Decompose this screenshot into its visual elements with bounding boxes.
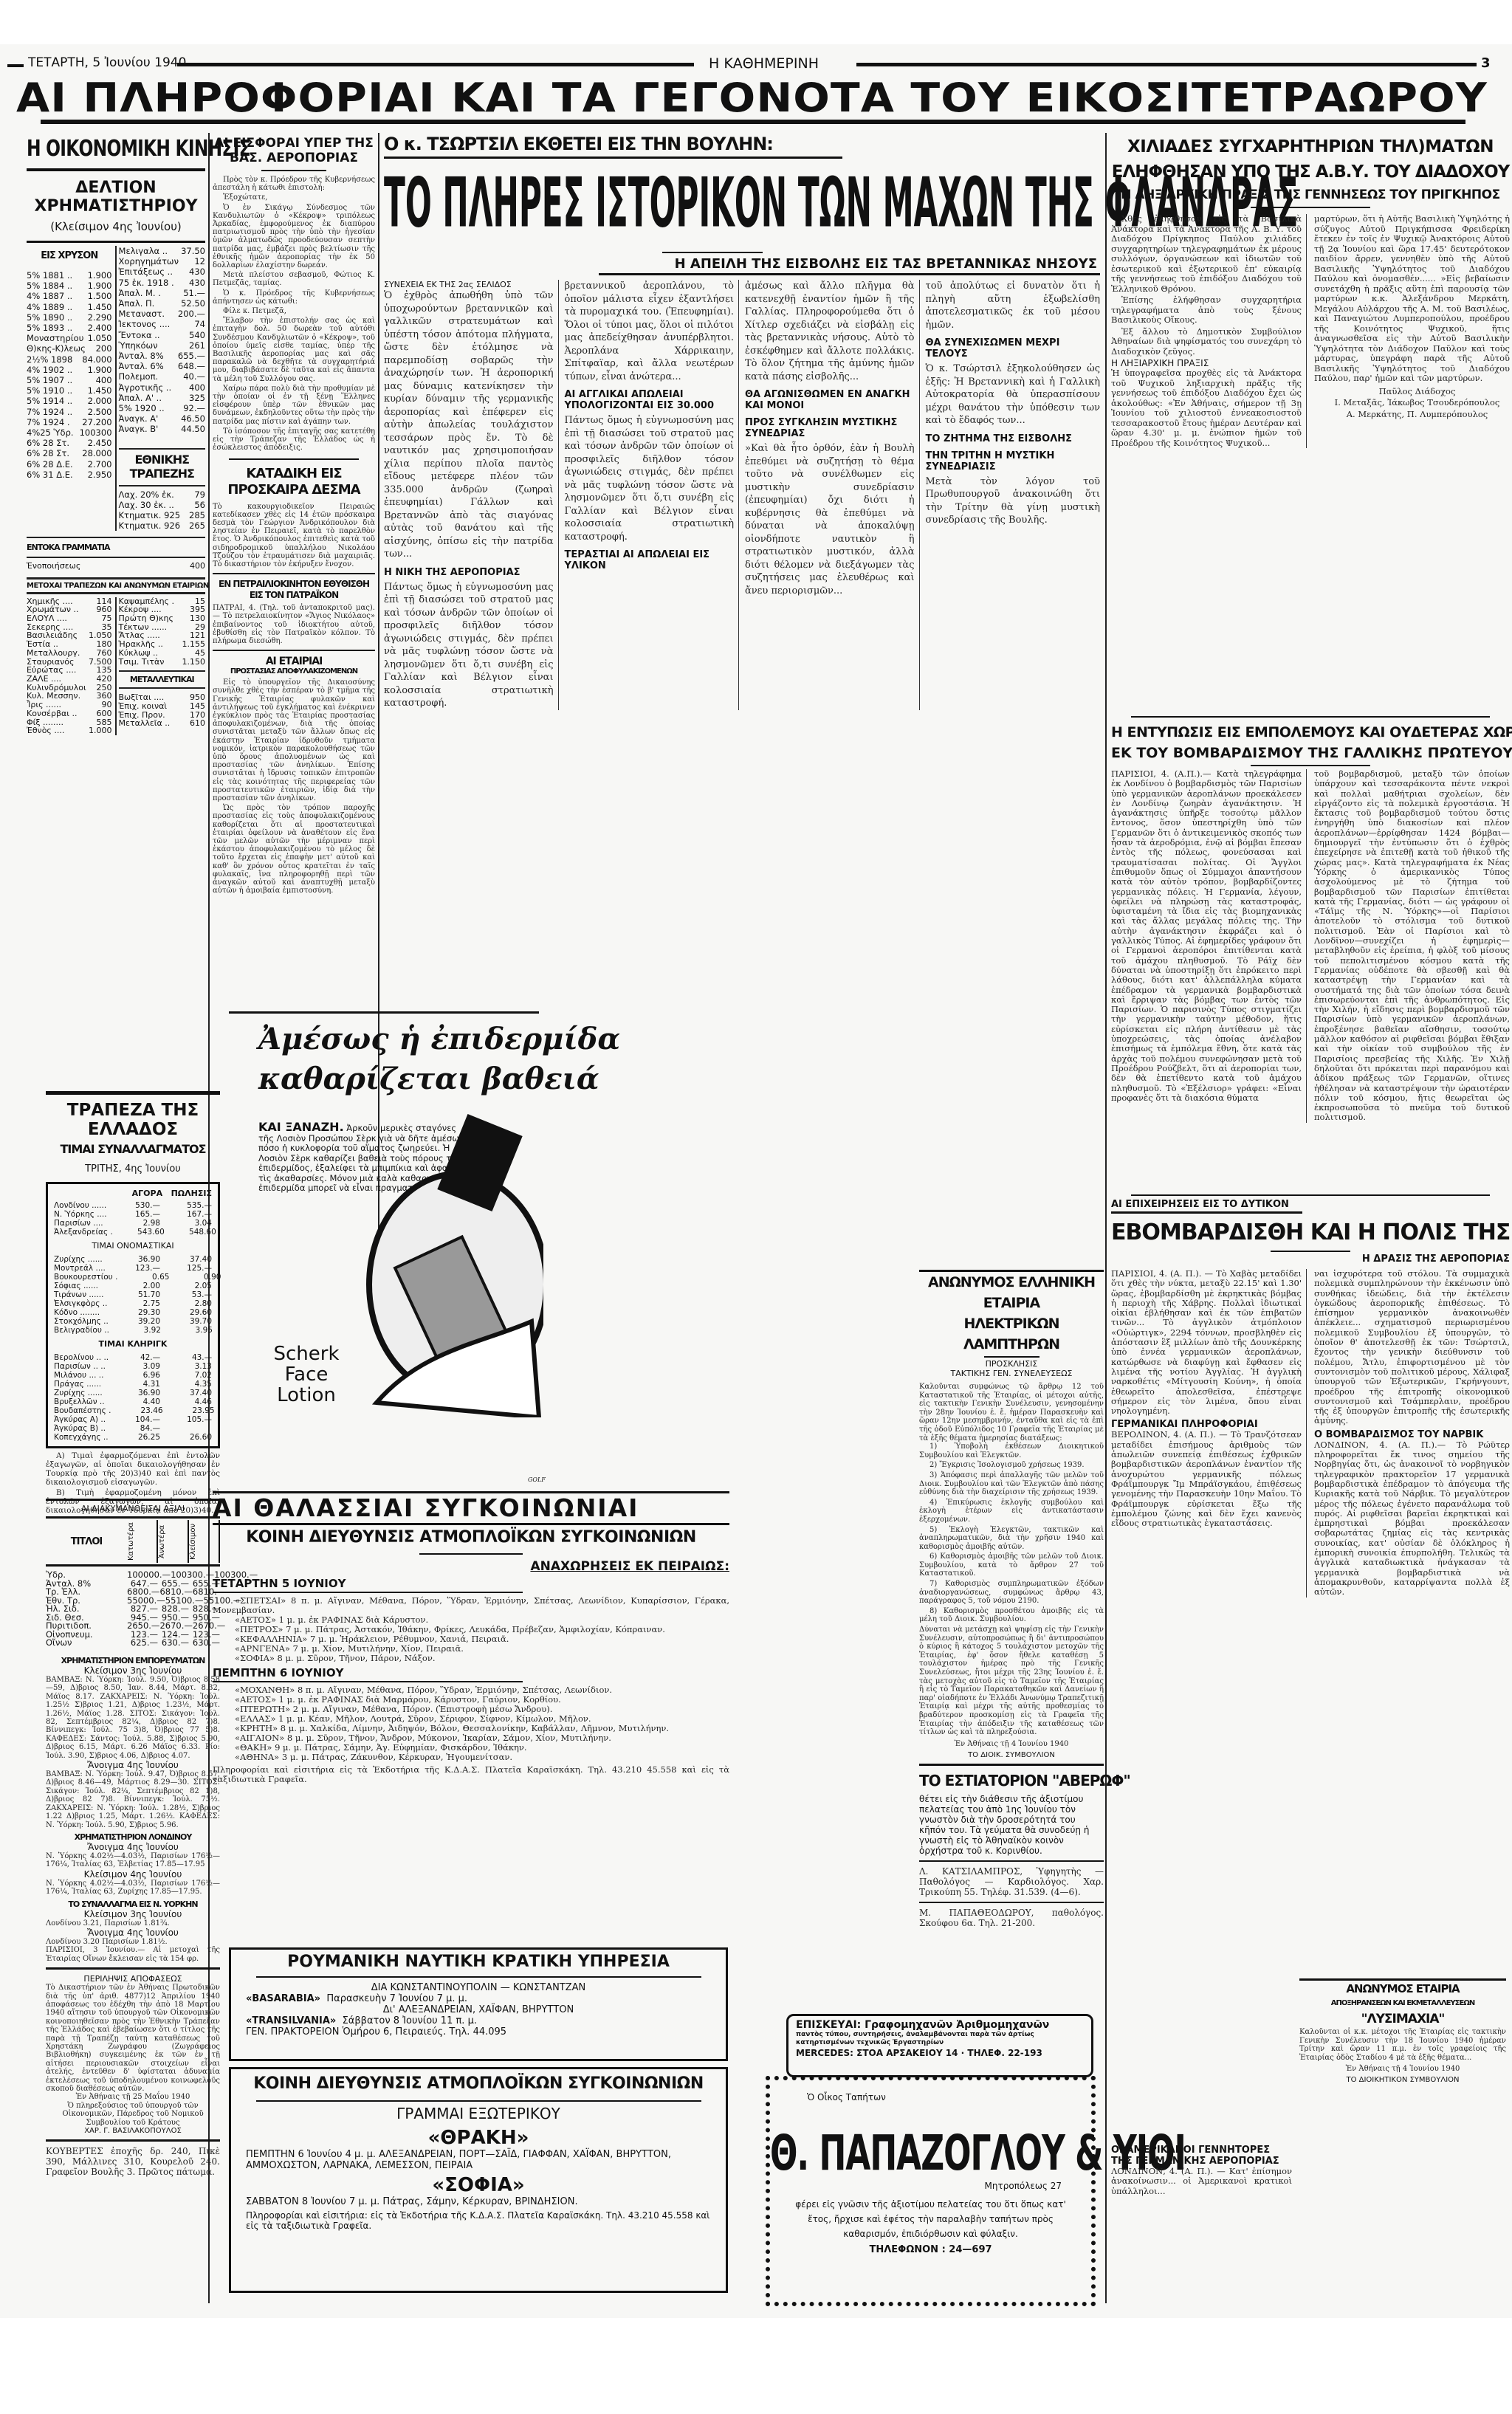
table-row: Θ)κης-Κ)λεως200: [27, 343, 112, 354]
societies-title: ΑΙ ΕΤΑΙΡΙΑΙ: [213, 656, 375, 667]
commodities-title: ΧΡΗΜΑΤΙΣΤΗΡΙΟΝ ΕΜΠΟΡΕΥΜΑΤΩΝ: [46, 1656, 220, 1665]
table-row: Ὑπηκόων261: [119, 340, 205, 351]
blankets-ad: ΚΟΥΒΕΡΤΕΣ ἐποχῆς δρ. 240, Πικὲ 390, Μάλλ…: [46, 2146, 220, 2177]
table-row: Ν. Ὑόρκης ....165.—167.—: [54, 1210, 212, 1219]
exchange-rates-box: ΑΓΟΡΑ ΠΩΛΗΣΙΣ Λονδίνου ......530.—535.—Ν…: [46, 1182, 220, 1448]
table-row: Μεταλλεῖα ..610: [119, 719, 205, 728]
sentence-body: Τὸ κακουργιοδικεῖον Πειραιῶς κατεδίκασεν…: [213, 503, 375, 569]
patras-body: ΠΑΤΡΑΙ, 4. (Τηλ. τοῦ ἀνταποκριτοῦ μας).—…: [213, 604, 375, 645]
london-title: ΧΡΗΜΑΤΙΣΤΗΡΙΟΝ ΛΟΝΔΙΝΟΥ: [46, 1832, 220, 1842]
averof-title: ΤΟ ΕΣΤΙΑΤΟΡΙΟΝ "ΑΒΕΡΩΦ": [919, 1770, 1104, 1791]
shares-header: ΜΕΤΟΧΑΙ ΤΡΑΠΕΖΩΝ ΚΑΙ ΑΝΩΝΥΜΩΝ ΕΤΑΙΡΙΩΝ: [27, 577, 205, 594]
paragraph: 1) Ὑποβολὴ ἐκθέσεων Διοικητικοῦ Συμβουλί…: [919, 1442, 1104, 1459]
table-row: Τσιμ. Τιτὰν1.150: [119, 658, 205, 667]
note-a: Α) Τιμαὶ ἐφαρμοζόμεναι ἐπὶ ἐντολῶν ἐξαγω…: [46, 1451, 220, 1487]
fluct-table: Ὑδρ.100000.—100300.—100300.—Ἀνταλ. 8%647…: [46, 1571, 220, 1648]
lamps-company-notice: ΑΝΩΝΥΜΟΣ ΕΛΛΗΝΙΚΗ ΕΤΑΙΡΙΑ ΗΛΕΚΤΡΙΚΩΝ ΛΑΜ…: [919, 1270, 1104, 1928]
paragraph: Χθὲς ἐλήφθησαν εἰς τὰ Βασιλικὰ Ἀνάκτορα …: [1111, 214, 1302, 294]
paragraph: Εἰς τὸ ὑπουργεῖον τῆς Δικαιοσύνης συνῆλθ…: [213, 678, 375, 802]
table-row: Ἰεκτονος ....74: [119, 319, 205, 329]
paragraph: Ὁ κ. Πρόεδρος τῆς Κυβερνήσεως ἀπήντησεν …: [213, 289, 375, 306]
table-row: Ἀπαλ. Μ. .51.—: [119, 288, 205, 298]
table-row: Ἀπαλ. Π.52.50: [119, 298, 205, 309]
churchill-article: Ο κ. ΤΣΩΡΤΣΙΛ ΕΚΘΕΤΕΙ ΕΙΣ ΤΗΝ ΒΟΥΛΗΝ: ΤΟ…: [384, 133, 1100, 710]
shipping-info: Πληροφορίαι καὶ εἰσιτήρια εἰς τὰ Ἐκδοτήρ…: [213, 1765, 729, 1784]
mining-table: Βωξῖται ....950Ἐπιχ. κοιναὶ145Ἐπιχ. Προν…: [119, 693, 205, 728]
table-row: ΕΛΟΥΛ ....75: [27, 614, 112, 623]
table-row: Βελιγραδίου ..3.923.95: [54, 1326, 212, 1335]
issue-date: ΤΕΤΑΡΤΗ, 5 Ἰουνίου 1940: [28, 55, 186, 70]
ship-transilvania: «TRANSILVANIA»: [246, 2015, 336, 2026]
table-row: 5% 1884 ..1.900: [27, 281, 112, 291]
finance-column: Η ΟΙΚΟΝΟΜΙΚΗ ΚΙΝΗΣΙΣ ΔΕΛΤΙΟΝ ΧΡΗΜΑΤΙΣΤΗΡ…: [27, 133, 205, 735]
americans-article: ΟΙ ΑΜΕΡΙΚΑΝΟΙ ΓΕΝΝΗΤΟΡΕΣ ΤΗΣ ΓΕΡΜΑΝΙΚΗΣ …: [1111, 2145, 1292, 2196]
ny-title: ΤΟ ΣΥΝΑΛΛΑΓΜΑ ΕΙΣ Ν. ΥΟΡΚΗΝ: [46, 1899, 220, 1909]
fluct-header-row: ΤΙΤΛΟΙ Κατωτέρα Ἀνωτέρα Κλείσιμον: [46, 1516, 220, 1567]
table-row: 5% 1893 ..2.400: [27, 323, 112, 333]
crown-prince-article: ΧΙΛΙΑΔΕΣ ΣΥΓΧΑΡΗΤΗΡΙΩΝ ΤΗΛ)ΜΑΤΩΝ ΕΛΗΦΘΗΣ…: [1111, 134, 1510, 448]
bog-date: ΤΡΙΤΗΣ, 4ης Ἰουνίου: [46, 1163, 220, 1175]
shipping-section: ΑΙ ΘΑΛΑΣΣΙΑΙ ΣΥΓΚΟΙΝΩΝΙΑΙ ΚΟΙΝΗ ΔΙΕΥΘΥΝΣ…: [213, 1491, 729, 1784]
table-row: Ἐπιτάξεως ..430: [119, 266, 205, 277]
table-row: Μοναστηρίου1.050: [27, 333, 112, 343]
table-row: Κύκλωψ ..45: [119, 649, 205, 658]
table-row: Κοπεγχάγης ..26.2526.60: [54, 1433, 212, 1442]
decision-body: Τὸ Δικαστήριον τῶν ἐν Ἀθήναις Πρωτοδικῶν…: [46, 1984, 220, 2093]
donations-body: Πρὸς τὸν κ. Πρόεδρον τῆς Κυβερνήσεως ἀπε…: [213, 176, 375, 453]
table-row: 6% 28 Στ.28.000: [27, 448, 112, 458]
shipping-schedule: ΤΕΤΑΡΤΗΝ 5 ΙΟΥΝΙΟΥ«ΣΠΕΤΣΑΙ» 8 π. μ. Αἴγι…: [213, 1577, 729, 1762]
table-row: Ἔντοκα ..540: [119, 330, 205, 340]
schedule-day: ΤΕΤΑΡΤΗΝ 5 ΙΟΥΝΙΟΥ: [213, 1577, 729, 1590]
scherk-headline-2: καθαρίζεται βαθειά: [258, 1062, 599, 1096]
paragraph: Ἔλαβον τὴν ἐπιστολήν σας ὡς καὶ ἐπιταγὴν…: [213, 317, 375, 383]
table-row: Ἀνταλ. 6%648.—: [119, 361, 205, 371]
table-row: 5% 1907 ..400: [27, 375, 112, 385]
paragraph: 4) Ἐπικύρωσις ἐκλογῆς συμβούλου καὶ ἐκλο…: [919, 1499, 1104, 1524]
paragraph: Α. Μερκάτης, Π. Λυμπερόπουλος: [1314, 410, 1510, 420]
paragraph: Ι. Μεταξᾶς, Ἰάκωβος Τσουδερόπουλος: [1314, 398, 1510, 408]
shipping-title: ΑΙ ΘΑΛΑΣΣΙΑΙ ΣΥΓΚΟΙΝΩΝΙΑΙ: [213, 1493, 729, 1523]
table-row: Χορηγημάτων12: [119, 256, 205, 266]
paragraph: 2) Ἔγκρισις Ἰσολογισμοῦ χρήσεως 1939.: [919, 1461, 1104, 1470]
table-row: Πρώτη Θ)κης130: [119, 614, 205, 623]
table-row: Μοντρεάλ ....123.—125.—: [54, 1264, 212, 1273]
scherk-lotion-ad: Ἀμέσως ἡ ἐπιδερμίδα καθαρίζεται βαθειά Κ…: [214, 1011, 543, 1491]
bog-subtitle: ΤΙΜΑΙ ΣΥΝΑΛΛΑΓΜΑΤΟΣ: [46, 1142, 220, 1156]
table-row: Ἐπιχ. κοιναὶ145: [119, 702, 205, 711]
sailing-entry: «ΣΠΕΤΣΑΙ» 8 π. μ. Αἴγιναν, Μέθανα, Πόρον…: [213, 1596, 729, 1615]
table-row: Ἐλσιγκφὸρς ..2.752.80: [54, 1299, 212, 1308]
paragraph: 8) Καθορισμὸς προσθέτου ἀμοιβῆς εἰς τὰ μ…: [919, 1607, 1104, 1624]
paragraph: Ὁ ἐν Σικάγῳ Σύνδεσμος τῶν Κανδυλιωτῶν ὁ …: [213, 204, 375, 270]
romanian-title: ΡΟΥΜΑΝΙΚΗ ΝΑΥΤΙΚΗ ΚΡΑΤΙΚΗ ΥΠΗΡΕΣΙΑ: [231, 1950, 726, 1975]
gold-bonds-rows: 5% 1881 ..1.9005% 1884 ..1.9004% 1887 ..…: [27, 270, 112, 480]
paragraph: Ἐξοχώτατε,: [213, 193, 375, 202]
mercedes-repairs-ad: ΕΠΙΣΚΕΥΑΙ: Γραφομηχανῶν Ἀριθμομηχανῶν πα…: [786, 2014, 1093, 2077]
air-force-donations: ΑΙ ΕΙΣΦΟΡΑΙ ΥΠΕΡ ΤΗΣ ΒΑΣ. ΑΕΡΟΠΟΡΙΑΣ Πρὸ…: [213, 136, 375, 896]
table-row: Ἀγκύρας Β) ..84.—: [54, 1424, 212, 1433]
scherk-lead: ΚΑΙ ΞΑΝΑΖΗ.: [258, 1120, 344, 1134]
table-row: Μιλάνου ... ..6.967.02: [54, 1371, 212, 1380]
shares-left-table: Χημικῆς ....114Χρωμάτων ..960ΕΛΟΥΛ ....7…: [27, 597, 112, 735]
doctor-katsilampros: Λ. ΚΑΤΣΙΛΑΜΠΡΟΣ, Ὑφηγητὴς — Παθολόγος — …: [919, 1866, 1104, 1897]
table-row: Λαχ. 30 ἑκ. ..56: [119, 500, 205, 510]
bank-of-greece: ΤΡΑΠΕΖΑ ΤΗΣ ΕΛΛΑΔΟΣ ΤΙΜΑΙ ΣΥΝΑΛΛΑΓΜΑΤΟΣ …: [46, 1091, 220, 1516]
carpet-cleaning-ad: Ὁ Οἶκος Ταπήτων Θ. ΠΑΠΑΖΟΓΛΟΥ & ΥΙΟΙ Μητ…: [766, 2076, 1096, 2306]
artist-signature: GOLF: [528, 1476, 546, 1483]
table-row: 6% 28 Στ.2.450: [27, 438, 112, 448]
schedule-day: ΠΕΜΠΤΗΝ 6 ΙΟΥΝΙΟΥ: [213, 1666, 729, 1679]
table-row: 7% 1924 ..2.500: [27, 407, 112, 417]
table-row: Ἀναγκ. Α'46.50: [119, 413, 205, 424]
romanian-shipping-ad: ΡΟΥΜΑΝΙΚΗ ΝΑΥΤΙΚΗ ΚΡΑΤΙΚΗ ΥΠΗΡΕΣΙΑ ΔΙΑ Κ…: [229, 1947, 728, 2061]
paragraph: 7) Καθορισμὸς συμπληρωματικῶν ἐξόδων ἀνα…: [919, 1580, 1104, 1606]
paragraph: Τὸ ἰσόποσον τῆς ἐπιταγῆς σας κατετέθη εἰ…: [213, 427, 375, 453]
table-row: Στοκχόλμης ..39.2039.70: [54, 1317, 212, 1326]
table-row: 4% 1902 ..1.900: [27, 365, 112, 375]
gold-bonds-table: ΕΙΣ ΧΡΥΣΟΝ 5% 1881 ..1.9005% 1884 ..1.90…: [27, 246, 112, 531]
table-row: Ἀλεξανδρείας .543.60548.60: [54, 1228, 212, 1237]
scherk-headline-1: Ἀμέσως ἡ ἐπιδερμίδα: [258, 1022, 620, 1056]
donations-title: ΑΙ ΕΙΣΦΟΡΑΙ ΥΠΕΡ ΤΗΣ ΒΑΣ. ΑΕΡΟΠΟΡΙΑΣ: [213, 136, 375, 165]
table-row: 7% 1924 .27.200: [27, 417, 112, 427]
table-row: Ζυρίχης ......36.9037.40: [54, 1389, 212, 1397]
paragraph: Ἐξ ἄλλου τὸ Δημοτικὸν Συμβούλιον Ἀθηναίω…: [1111, 327, 1302, 357]
table-row: 5% 1910 ..1.450: [27, 385, 112, 396]
finance-section-title: Η ΟΙΚΟΝΟΜΙΚΗ ΚΙΝΗΣΙΣ: [27, 133, 166, 165]
page-number: 3: [1481, 55, 1491, 71]
table-row: Βουδαπέστης .23.4623.95: [54, 1406, 212, 1415]
havre-headline: ΕΒΟΜΒΑΡΔΙΣΘΗ ΚΑΙ Η ΠΟΛΙΣ ΤΗΣ ΧΑΒΡΗΣ: [1111, 1217, 1510, 1249]
paragraph: Ὡς πρὸς τὸν τρόπον παροχῆς προστασίας εἰ…: [213, 804, 375, 895]
bog-title: ΤΡΑΠΕΖΑ ΤΗΣ ΕΛΛΑΔΟΣ: [46, 1101, 220, 1139]
ship-basarabia: «BASARABIA»: [246, 1993, 320, 2004]
mining-header: ΜΕΤΑΛΛΕΥΤΙΚΑΙ: [119, 670, 205, 689]
paragraph: Παῦλος Διάδοχος: [1314, 387, 1510, 397]
paper-name: Η ΚΑΘΗΜΕΡΙΝΗ: [709, 55, 819, 72]
churchill-headline: ΤΟ ΠΛΗΡΕΣ ΙΣΤΟΡΙΚΟΝ ΤΩΝ ΜΑΧΩΝ ΤΗΣ ΦΛΑΝΔΡ…: [384, 163, 856, 244]
commodities-close-text: ΒΑΜΒΑΞ: Ν. Ὑόρκη: Ἰούλ. 9.50, Ὀ)βριος 8.…: [46, 1676, 220, 1760]
departures-title: ΑΝΑΧΩΡΗΣΕΙΣ ΕΚ ΠΕΙΡΑΙΩΣ:: [213, 1559, 729, 1574]
table-row: ΖΑΛΕ ....420: [27, 675, 112, 684]
carpet-phone: ΤΗΛΕΦΩΝΟΝ : 24—697: [770, 2244, 1091, 2255]
averof-body: θέτει εἰς τὴν διάθεσιν τῆς ἀξιοτίμου πελ…: [919, 1794, 1104, 1856]
table-row: 5% 1920 ..92.—: [119, 403, 205, 413]
churchill-col-4: τοῦ ἀπολύτως εἰ δυνατὸν ὅτι ἡ πληγὴ αὕτη…: [926, 280, 1101, 710]
table-row: Ἀγροτικῆς ..400: [119, 382, 205, 393]
treasury-header: ΕΝΤΟΚΑ ΓΡΑΜΜΑΤΙΑ: [27, 541, 205, 554]
table-row: 4%25 Ὑδρ.100300: [27, 427, 112, 438]
clearing-table: Βερολίνου .. ..42.—43.—Παρισίων .. ..3.0…: [54, 1353, 212, 1442]
table-row: Σόφιας ......2.002.05: [54, 1282, 212, 1290]
lysimachia-notice: ΑΝΩΝΥΜΟΣ ΕΤΑΙΡΙΑ ΑΠΟΞΗΡΑΝΣΕΩΝ ΚΑΙ ΕΚΜΕΤΑ…: [1299, 1978, 1506, 2084]
table-row: 2½% 189884.000: [27, 354, 112, 365]
bulletin-title: ΔΕΛΤΙΟΝ ΧΡΗΜΑΤΙΣΤΗΡΙΟΥ: [27, 179, 205, 216]
fluct-title: ΑΙ ΔΙΑΚΥΜΑΝΘΕΙΣΑΙ ΑΞΙΑΙ: [46, 1504, 220, 1513]
table-row: Ἀναγκ. Β'44.50: [119, 424, 205, 434]
western-ops-article: ΑΙ ΕΠΙΧΕΙΡΗΣΕΙΣ ΕΙΣ ΤΟ ΔΥΤΙΚΟΝ ΕΒΟΜΒΑΡΔΙ…: [1111, 1194, 1510, 1598]
foreign-lines-title: ΚΟΙΝΗ ΔΙΕΥΘΥΝΣΙΣ ΑΤΜΟΠΛΟΪΚΩΝ ΣΥΓΚΟΙΝΩΝΙΩ…: [231, 2069, 726, 2099]
table-row: Κτηματικ. 926265: [119, 520, 205, 531]
lotion-bottle-illustration: [362, 1107, 543, 1417]
table-row: Βερολίνου .. ..42.—43.—: [54, 1353, 212, 1362]
paragraph: 3) Ἀπόφασις περὶ ἀπαλλαγῆς τῶν μελῶν τοῦ…: [919, 1471, 1104, 1497]
table-row: Ἐθνὸς ....1.000: [27, 726, 112, 735]
table-row: 4% 1889 ..1.450: [27, 302, 112, 312]
paragraph: Πρὸς τὸν κ. Πρόεδρον τῆς Κυβερνήσεως ἀπε…: [213, 176, 375, 192]
table-row: 5% 1914 ..2.000: [27, 396, 112, 406]
table-row: Λονδίνου ......530.—535.—: [54, 1201, 212, 1210]
sentence-title: ΚΑΤΑΔΙΚΗ ΕΙΣ ΠΡΟΣΚΑΙΡΑ ΔΕΣΜΑ: [213, 466, 375, 498]
table-row: Ἀγκύρας Α) ..104.—105.—: [54, 1415, 212, 1424]
paris-bombing-article: Η ΕΝΤΥΠΩΣΙΣ ΕΙΣ ΕΜΠΟΛΕΜΟΥΣ ΚΑΙ ΟΥΔΕΤΕΡΑΣ…: [1111, 716, 1510, 1123]
foreign-lines-subtitle: ΓΡΑΜΜΑΙ ΕΞΩΤΕΡΙΚΟΥ: [231, 2105, 726, 2122]
table-row: Μεταναστ.200.—: [119, 309, 205, 319]
table-row: Κόδνο ........29.3029.60: [54, 1308, 212, 1317]
table-row: 6% 28 Δ.Ε.2.700: [27, 459, 112, 470]
scherk-brand: Scherk Face Lotion: [258, 1344, 354, 1406]
table-row: Κονσέρβαι ..600: [27, 709, 112, 718]
foreign-lines-ad: ΚΟΙΝΗ ΔΙΕΥΘΥΝΣΙΣ ΑΤΜΟΠΛΟΪΚΩΝ ΣΥΓΚΟΙΝΩΝΙΩ…: [229, 2067, 728, 2293]
table-row: Ἀπαλ. Α' ..325: [119, 393, 205, 403]
bulletin-subtitle: (Κλείσιμον 4ης Ἰουνίου): [27, 220, 205, 233]
paragraph: Φίλε κ. Πετμεζᾶ,: [213, 307, 375, 315]
churchill-kicker: Ο κ. ΤΣΩΡΤΣΙΛ ΕΚΘΕΤΕΙ ΕΙΣ ΤΗΝ ΒΟΥΛΗΝ:: [384, 133, 1100, 155]
nominal-table: Ζυρίχης ......36.9037.40Μοντρεάλ ....123…: [54, 1255, 212, 1335]
nominal-header: ΤΙΜΑΙ ΟΝΟΜΑΣΤΙΚΑΙ: [54, 1241, 212, 1251]
churchill-col-1: ΣΥΝΕΧΕΙΑ ΕΚ ΤΗΣ 2ας ΣΕΛΙΔΟΣ Ὁ ἐχθρὸς ἀπω…: [384, 280, 559, 710]
sailing-entry: «ΣΟΦΙΑ» 8 μ. μ. Σῦρον, Τῆνον, Πάρον, Νάξ…: [213, 1654, 729, 1663]
table-row: Βουκουρεστίου .0.650.90: [54, 1273, 212, 1282]
banner-underline: [41, 120, 1465, 124]
paragraph: Χαίρω πάρα πολὺ διὰ τὴν προθυμίαν μὲ τὴν…: [213, 385, 375, 426]
table-row: Μελιγαλα ..37.50: [119, 246, 205, 256]
column-divider: [1105, 133, 1107, 2303]
table-row: Μεταλλουργ.760: [27, 649, 112, 658]
table-row: Πολεμοπ.40.—: [119, 371, 205, 382]
rates-table: Λονδίνου ......530.—535.—Ν. Ὑόρκης ....1…: [54, 1201, 212, 1237]
paragraph: 5) Ἐκλογὴ Ἐλεγκτῶν, τακτικῶν καὶ ἀναπληρ…: [919, 1526, 1104, 1552]
table-row: 4% 1887 ..1.500: [27, 291, 112, 301]
table-row: Βρυξελλῶν ..4.404.46: [54, 1397, 212, 1406]
national-bank-header: ΕΘΝΙΚΗΣ ΤΡΑΠΕΖΗΣ: [119, 448, 205, 481]
churchill-col-2: βρεταννικοῦ ἀεροπλάνου, τὸ ὁποῖον μάλιστ…: [565, 280, 740, 710]
churchill-columns: ΣΥΝΕΧΕΙΑ ΕΚ ΤΗΣ 2ας ΣΕΛΙΔΟΣ Ὁ ἐχθρὸς ἀπω…: [384, 280, 1100, 710]
table-row: 5% 1881 ..1.900: [27, 270, 112, 281]
table-row: Πράγας ......4.314.35: [54, 1380, 212, 1389]
table-row: Κτηματικ. 925285: [119, 510, 205, 520]
table-row: 6% 31 Δ.Ε.2.950: [27, 470, 112, 480]
table-row: Παρισίων .. ..3.093.13: [54, 1362, 212, 1371]
gold-header: ΕΙΣ ΧΡΥΣΟΝ: [27, 250, 112, 261]
ship-sofia: «ΣΟΦΙΑ»: [231, 2174, 726, 2196]
table-row: Ἑνοποιήσεως400: [27, 560, 205, 573]
other-bonds-table: Μελιγαλα ..37.50Χορηγημάτων12Ἐπιτάξεως .…: [115, 246, 205, 531]
table-row: Οἴνων625.—630.—630.—: [46, 1639, 220, 1648]
table-row: Λαχ. 20% ἑκ.79: [119, 489, 205, 500]
sailing-entry: «ΑΘΗΝΑ» 3 μ. μ. Πάτρας, Ζάκυνθον, Κέρκυρ…: [213, 1753, 729, 1762]
paragraph: Μετὰ πλείστου σεβασμοῦ, Φώτιος Κ. Πετμεζ…: [213, 271, 375, 287]
table-row: Ζυρίχης ......36.9037.40: [54, 1255, 212, 1264]
table-row: Παρισίων ....2.983.04: [54, 1219, 212, 1228]
commodities-open-text: ΒΑΜΒΑΞ: Ν. Ὑόρκη: Ἰούλ. 9.47, Ὀ)βριος 8.…: [46, 1770, 220, 1829]
doctor-papatheodorou: Μ. ΠΑΠΑΘΕΟΔΩΡΟΥ, παθολόγος. Σκούφου 6α. …: [919, 1908, 1104, 1928]
societies-body: Εἰς τὸ ὑπουργεῖον τῆς Δικαιοσύνης συνῆλθ…: [213, 678, 375, 895]
masthead: ΤΕΤΑΡΤΗ, 5 Ἰουνίου 1940 Η ΚΑΘΗΜΕΡΙΝΗ 3: [7, 55, 1505, 76]
decision-title: ΠΕΡΙΛΗΨΙΣ ΑΠΟΦΑΣΕΩΣ: [46, 1974, 220, 1984]
commodities: ΧΡΗΜΑΤΙΣΤΗΡΙΟΝ ΕΜΠΟΡΕΥΜΑΤΩΝ Κλείσιμον 3η…: [46, 1656, 220, 2177]
patras-title: ΕΝ ΠΕΤΡΑΙΛΙΟΚΙΝΗΤΟΝ ΕΘΥΘΙΣΘΗ ΕΙΣ ΤΟΝ ΠΑΤ…: [213, 579, 375, 601]
page-banner: ΑΙ ΠΛΗΡΟΦΟΡΙΑΙ ΚΑΙ ΤΑ ΓΕΓΟΝΟΤΑ ΤΟΥ ΕΙΚΟΣ…: [16, 77, 1488, 120]
clearing-header: ΤΙΜΑΙ ΚΛΗΡΙΓΚ: [54, 1339, 212, 1349]
paragraph: Ἐπίσης ἐλήφθησαν συγχαρητήρια τηλεγραφήμ…: [1111, 295, 1302, 326]
table-row: 75 ἑκ. 1918 .430: [119, 278, 205, 288]
churchill-deck: Η ΑΠΕΙΛΗ ΤΗΣ ΕΙΣΒΟΛΗΣ ΕΙΣ ΤΑΣ ΒΡΕΤΑΝΝΙΚΑ…: [384, 256, 1100, 272]
shipping-company: ΚΟΙΝΗ ΔΙΕΥΘΥΝΣΙΣ ΑΤΜΟΠΛΟΪΚΩΝ ΣΥΓΚΟΙΝΩΝΙΩ…: [213, 1525, 729, 1550]
paragraph: 6) Καθορισμὸς ἀμοιβῆς τῶν μελῶν τοῦ Διοι…: [919, 1552, 1104, 1578]
table-row: Τιράνων ......51.7053.—: [54, 1290, 212, 1299]
societies-subtitle: ΠΡΟΣΤΑΣΙΑΣ ΑΠΟΦΥΛΑΚΙΖΟΜΕΝΩΝ: [213, 667, 375, 675]
carpet-company-name: Θ. ΠΑΠΑΖΟΓΛΟΥ & ΥΙΟΙ: [770, 2110, 1091, 2198]
churchill-col-3: ἀμέσως καὶ ἄλλο πλῆγμα θὰ κατενεχθῇ ἐναν…: [745, 280, 920, 710]
ship-thraki: «ΘΡΑΚΗ»: [231, 2127, 726, 2149]
table-row: 5% 1890 ..2.290: [27, 312, 112, 323]
fluctuating-values: ΑΙ ΔΙΑΚΥΜΑΝΘΕΙΣΑΙ ΑΞΙΑΙ ΤΙΤΛΟΙ Κατωτέρα …: [46, 1499, 220, 1648]
shares-right-table: Καψαμπέλης .15Κέκροψ ....395Πρώτη Θ)κης1…: [119, 597, 205, 667]
table-row: Ἀνταλ. 8%655.—: [119, 351, 205, 361]
